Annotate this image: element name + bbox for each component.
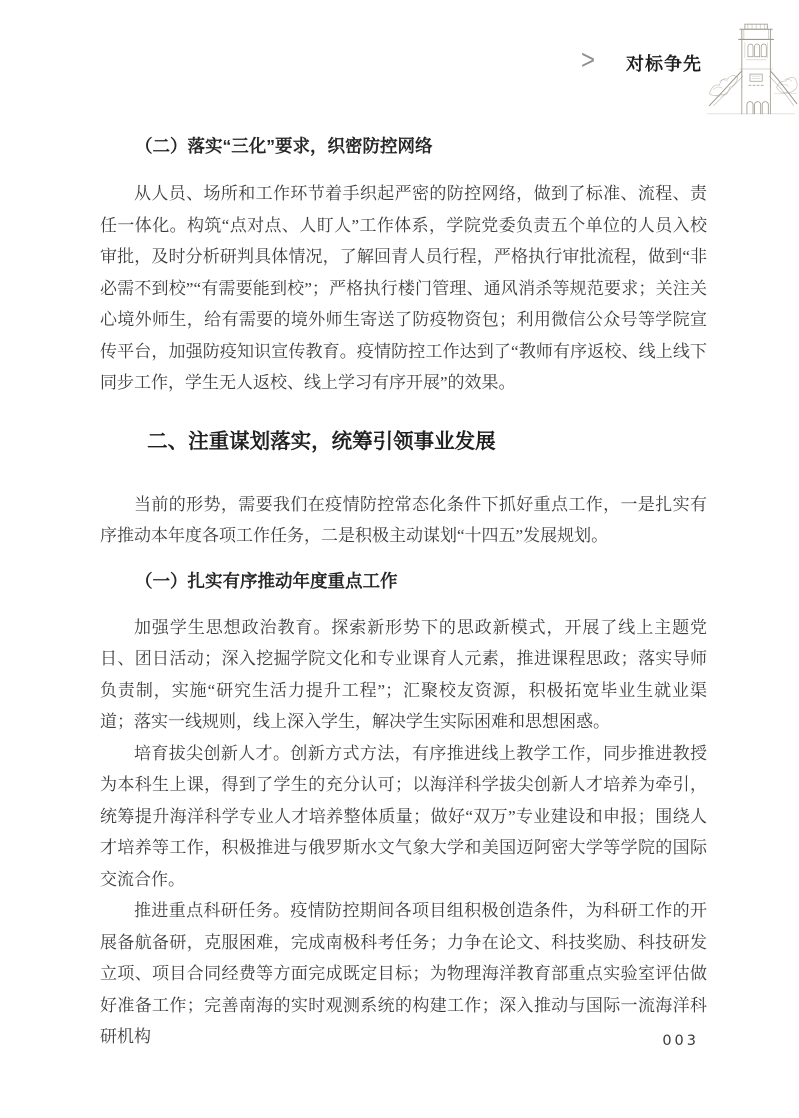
subheading-section-2: （二）落实“三化”要求，织密防控网络	[100, 132, 707, 160]
paragraph-epidemic-network: 从人员、场所和工作环节着手织起严密的防控网络，做到了标准、流程、责任一体化。构筑…	[100, 178, 707, 399]
paragraph-student-education: 加强学生思想政治教育。探索新形势下的思政新模式，开展了线上主题党日、团日活动；深…	[100, 612, 707, 738]
document-body: （二）落实“三化”要求，织密防控网络 从人员、场所和工作环节着手织起严密的防控网…	[100, 132, 707, 1053]
paragraph-research-tasks: 推进重点科研任务。疫情防控期间各项目组积极创造条件，为科研工作的开展备航备研，克…	[100, 895, 707, 1053]
chapter-heading: 二、注重谋划落实，统筹引领事业发展	[100, 426, 707, 458]
document-page: > 对标争先	[0, 0, 799, 1118]
paragraph-talent-cultivation: 培育拔尖创新人才。创新方式方法，有序推进线上教学工作，同步推进教授为本科生上课，…	[100, 738, 707, 896]
subheading-section-1: （一）扎实有序推动年度重点工作	[100, 567, 707, 595]
chevron-right-icon: >	[581, 46, 595, 76]
gate-tower-sketch-icon	[703, 16, 799, 122]
paragraph-current-situation: 当前的形势，需要我们在疫情防控常态化条件下抓好重点工作，一是扎实有序推动本年度各…	[100, 489, 707, 552]
header-title: 对标争先	[626, 52, 702, 76]
page-number: 003	[662, 1033, 699, 1049]
